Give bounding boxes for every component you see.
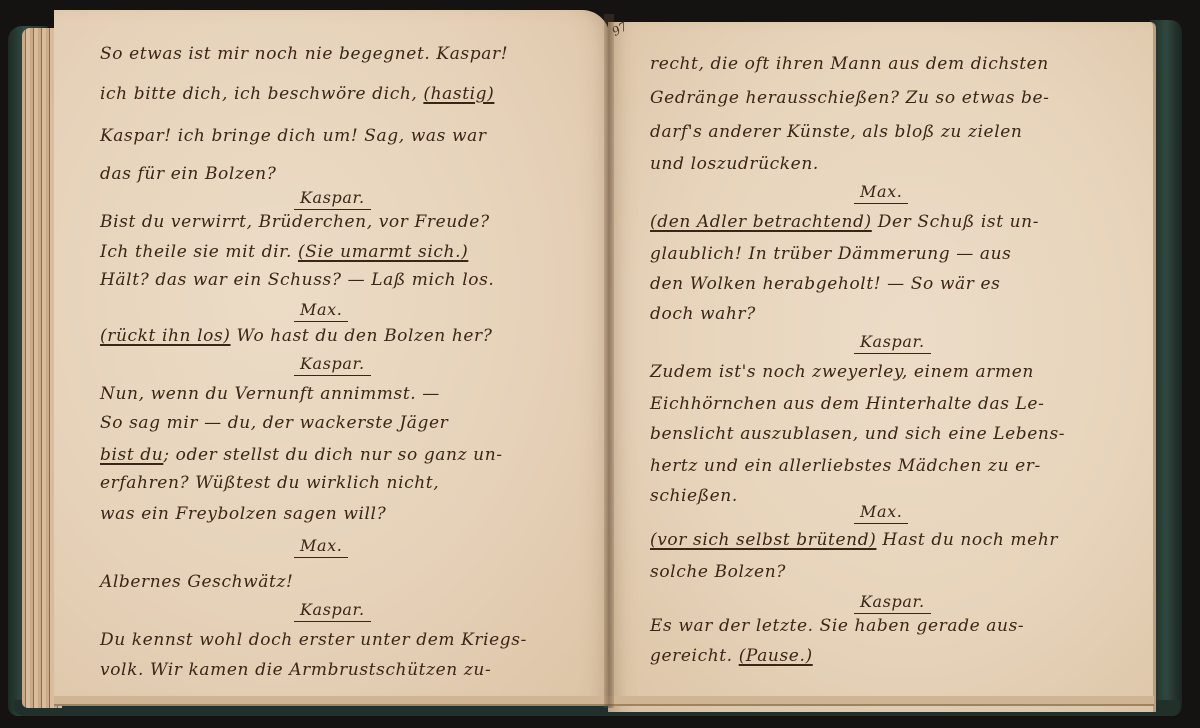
line-text: erfahren? Wüßtest du wirklich nicht,: [100, 473, 439, 493]
manuscript-line: bist du; oder stellst du dich nur so gan…: [100, 445, 503, 465]
manuscript-line: Kaspar! ich bringe dich um! Sag, was war: [100, 126, 487, 146]
manuscript-line: den Wolken herabgeholt! — So wär es: [650, 274, 1000, 294]
stage-direction: (rückt ihn los): [100, 326, 231, 346]
speaker-heading: Max.: [854, 502, 908, 524]
manuscript-line: das für ein Bolzen?: [100, 164, 276, 184]
speaker-heading: Kaspar.: [854, 592, 931, 614]
stage-direction: (Pause.): [739, 646, 813, 666]
manuscript-line: Bist du verwirrt, Brüderchen, vor Freude…: [100, 212, 490, 232]
line-text: was ein Freybolzen sagen will?: [100, 504, 386, 524]
line-text: recht, die oft ihren Mann aus dem dichst…: [650, 54, 1049, 74]
line-text: volk. Wir kamen die Armbrustschützen zu-: [100, 660, 491, 680]
manuscript-line: volk. Wir kamen die Armbrustschützen zu-: [100, 660, 491, 680]
line-text: gereicht.: [650, 646, 739, 666]
book-gutter: [604, 14, 614, 708]
line-text: Wo hast du den Bolzen her?: [231, 326, 493, 346]
line-text: Es war der letzte. Sie haben gerade aus-: [650, 616, 1024, 636]
line-text: Eichhörnchen aus dem Hinterhalte das Le-: [650, 394, 1044, 414]
manuscript-line: und loszudrücken.: [650, 154, 819, 174]
line-text: solche Bolzen?: [650, 562, 786, 582]
manuscript-line: Nun, wenn du Vernunft annimmst. —: [100, 384, 440, 404]
manuscript-line: was ein Freybolzen sagen will?: [100, 504, 386, 524]
manuscript-line: Hält? das war ein Schuss? — Laß mich los…: [100, 270, 494, 290]
manuscript-line: Eichhörnchen aus dem Hinterhalte das Le-: [650, 394, 1044, 414]
line-text: Kaspar! ich bringe dich um! Sag, was war: [100, 126, 487, 146]
line-text: ich bitte dich, ich beschwöre dich,: [100, 84, 423, 104]
manuscript-line: Albernes Geschwätz!: [100, 572, 293, 592]
manuscript-line: Ich theile sie mit dir. (Sie umarmt sich…: [100, 242, 468, 262]
speaker-heading: Kaspar.: [294, 354, 371, 376]
line-text: So etwas ist mir noch nie begegnet. Kasp…: [100, 44, 508, 64]
line-text: das für ein Bolzen?: [100, 164, 276, 184]
line-text: den Wolken herabgeholt! — So wär es: [650, 274, 1000, 294]
line-text: Du kennst wohl doch erster unter dem Kri…: [100, 630, 527, 650]
speaker-heading: Max.: [854, 182, 908, 204]
line-text: Hast du noch mehr: [876, 530, 1058, 550]
line-text: Zudem ist's noch zweyerley, einem armen: [650, 362, 1034, 382]
manuscript-line: (rückt ihn los) Wo hast du den Bolzen he…: [100, 326, 492, 346]
speaker-heading: Kaspar.: [294, 188, 371, 210]
manuscript-line: Gedränge herausschießen? Zu so etwas be-: [650, 88, 1050, 108]
manuscript-line: (den Adler betrachtend) Der Schuß ist un…: [650, 212, 1039, 232]
stage-direction: (den Adler betrachtend): [650, 212, 872, 232]
manuscript-line: doch wahr?: [650, 304, 756, 324]
open-manuscript-book: 97 So etwas ist mir noch nie begegnet. K…: [0, 0, 1200, 728]
line-text: doch wahr?: [650, 304, 756, 324]
line-text: hertz und ein allerliebstes Mädchen zu e…: [650, 456, 1041, 476]
line-text: Der Schuß ist un-: [872, 212, 1039, 232]
manuscript-line: Es war der letzte. Sie haben gerade aus-: [650, 616, 1024, 636]
line-text: Gedränge herausschießen? Zu so etwas be-: [650, 88, 1050, 108]
manuscript-line: gereicht. (Pause.): [650, 646, 813, 666]
line-text: Nun, wenn du Vernunft annimmst. —: [100, 384, 440, 404]
stage-direction: (Sie umarmt sich.): [298, 242, 468, 262]
manuscript-line: hertz und ein allerliebstes Mädchen zu e…: [650, 456, 1041, 476]
manuscript-line: glaublich! In trüber Dämmerung — aus: [650, 244, 1012, 264]
line-text: schießen.: [650, 486, 738, 506]
line-text: und loszudrücken.: [650, 154, 819, 174]
line-text: ; oder stellst du dich nur so ganz un-: [163, 445, 502, 465]
manuscript-line: So sag mir — du, der wackerste Jäger: [100, 413, 448, 433]
line-text: Albernes Geschwätz!: [100, 572, 293, 592]
line-text: glaublich! In trüber Dämmerung — aus: [650, 244, 1012, 264]
manuscript-line: darf's anderer Künste, als bloß zu ziele…: [650, 122, 1022, 142]
line-text: Ich theile sie mit dir.: [100, 242, 298, 262]
line-text: benslicht auszublasen, und sich eine Leb…: [650, 424, 1065, 444]
manuscript-line: schießen.: [650, 486, 738, 506]
manuscript-line: Zudem ist's noch zweyerley, einem armen: [650, 362, 1034, 382]
manuscript-line: ich bitte dich, ich beschwöre dich, (has…: [100, 84, 494, 104]
stage-direction: (hastig): [423, 84, 494, 104]
line-text: Bist du verwirrt, Brüderchen, vor Freude…: [100, 212, 490, 232]
manuscript-line: So etwas ist mir noch nie begegnet. Kasp…: [100, 44, 508, 64]
manuscript-line: erfahren? Wüßtest du wirklich nicht,: [100, 473, 439, 493]
speaker-heading: Max.: [294, 300, 348, 322]
manuscript-line: benslicht auszublasen, und sich eine Leb…: [650, 424, 1065, 444]
stage-direction: (vor sich selbst brütend): [650, 530, 876, 550]
manuscript-line: solche Bolzen?: [650, 562, 786, 582]
manuscript-line: recht, die oft ihren Mann aus dem dichst…: [650, 54, 1049, 74]
speaker-heading: Kaspar.: [294, 600, 371, 622]
manuscript-line: Du kennst wohl doch erster unter dem Kri…: [100, 630, 527, 650]
manuscript-line: (vor sich selbst brütend) Hast du noch m…: [650, 530, 1058, 550]
line-text: So sag mir — du, der wackerste Jäger: [100, 413, 448, 433]
line-text: Hält? das war ein Schuss? — Laß mich los…: [100, 270, 494, 290]
speaker-heading: Max.: [294, 536, 348, 558]
line-text: darf's anderer Künste, als bloß zu ziele…: [650, 122, 1022, 142]
speaker-heading: Kaspar.: [854, 332, 931, 354]
stage-direction: bist du: [100, 445, 163, 465]
